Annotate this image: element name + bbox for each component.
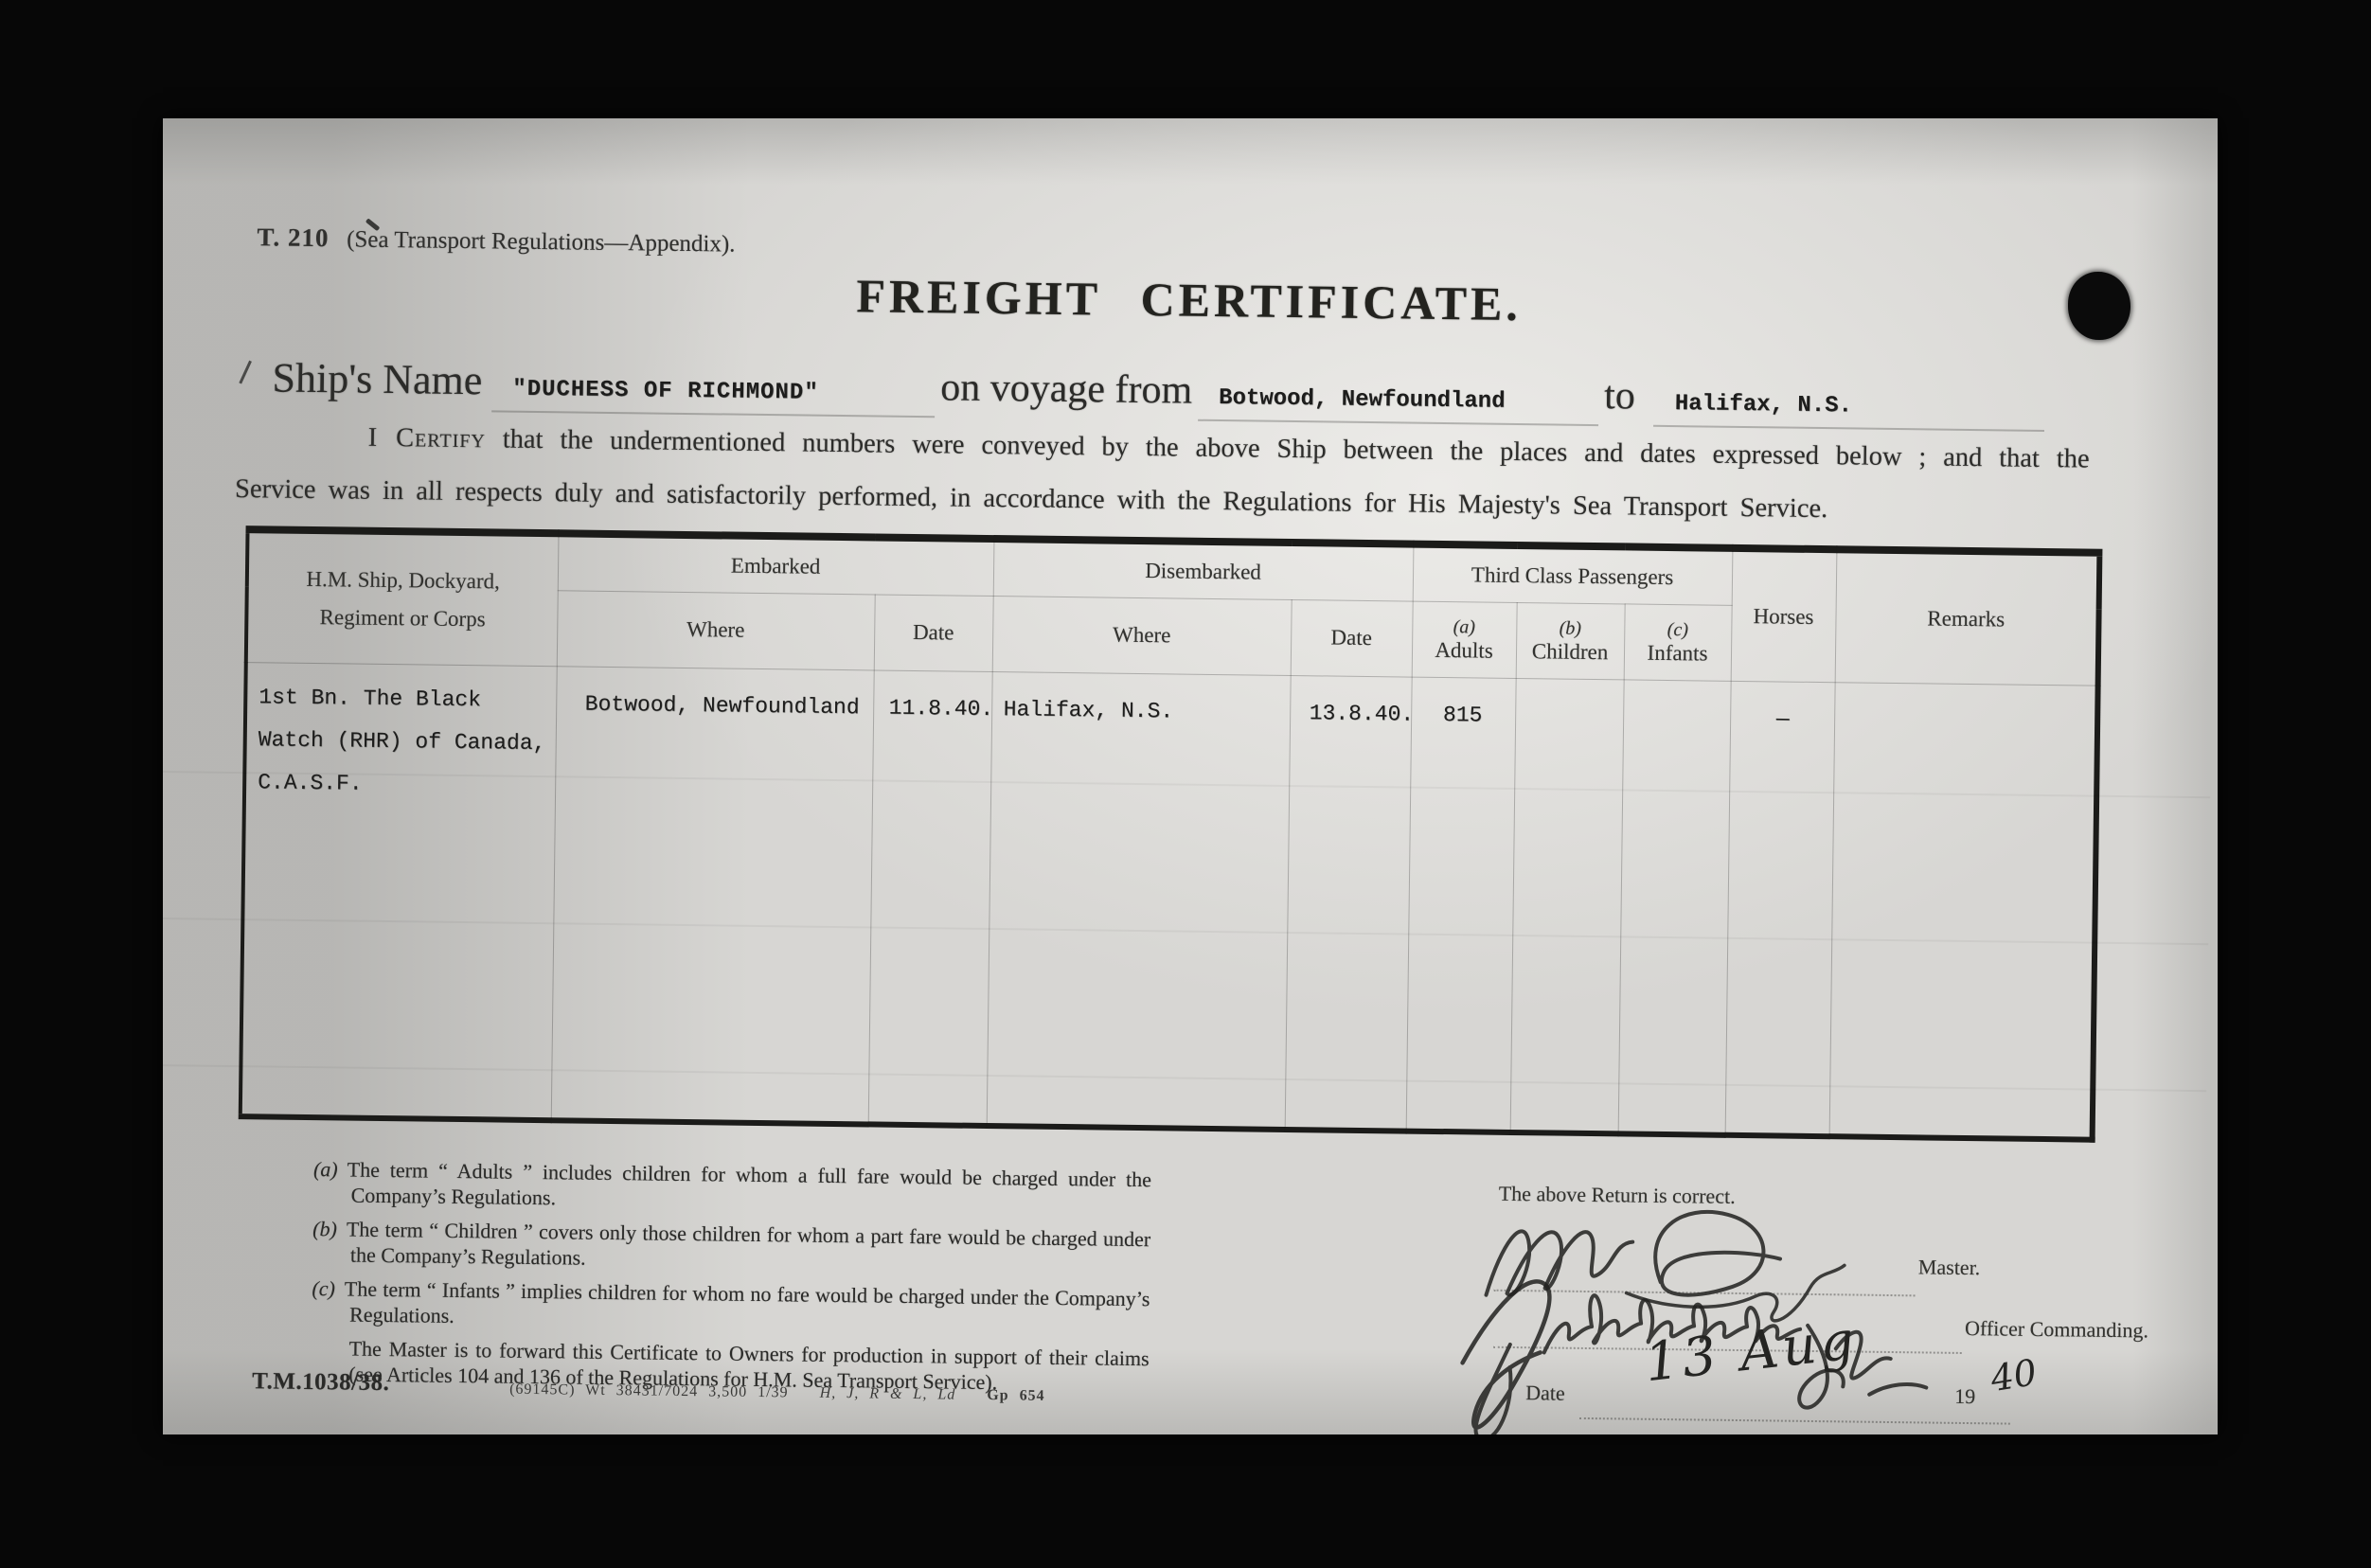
certify-intro: I Certify	[368, 423, 487, 454]
col-group-third-class: Third Class Passengers	[1413, 544, 1733, 605]
col-header-children: (b) Children	[1516, 602, 1625, 679]
form-subtitle: (Sea Transport Regulations—Appendix).	[347, 226, 736, 257]
page-content: T. 210 (Sea Transport Regulations—Append…	[163, 118, 2218, 1434]
paper: T. 210 (Sea Transport Regulations—Append…	[163, 118, 2218, 1434]
cell-disembarked-where: Halifax, N.S.	[987, 671, 1291, 1130]
unit-line2: Watch (RHR) of Canada,	[258, 719, 549, 765]
stray-mark	[239, 361, 252, 384]
voyage-to-value: Halifax, N.S.	[1653, 391, 2044, 432]
infants-label: Infants	[1625, 640, 1729, 666]
cell-adults: 815	[1406, 677, 1516, 1132]
col-header-adults: (a) Adults	[1412, 601, 1517, 678]
passenger-table: H.M. Ship, Dockyard, Regiment or Corps E…	[239, 526, 2103, 1143]
handwritten-year: 40	[1988, 1351, 2040, 1399]
footnotes: (a)The term “ Adults ” includes children…	[311, 1156, 1151, 1397]
footnote-b: (b)The term “ Children ” covers only tho…	[312, 1216, 1151, 1277]
cell-horses: —	[1725, 681, 1835, 1136]
footnote-b-text: The term “ Children ” covers only those …	[347, 1218, 1151, 1270]
punch-hole	[2068, 272, 2130, 340]
unit-header-line1: H.M. Ship, Dockyard,	[250, 560, 557, 601]
officer-commanding-label: Officer Commanding.	[1965, 1316, 2148, 1343]
cell-embarked-date: 11.8.40.	[868, 669, 992, 1126]
certification-paragraph: I Certify that the undermentioned number…	[235, 410, 2090, 540]
footnote-c-text: The term “ Infants ” implies children fo…	[345, 1276, 1150, 1327]
year-printed: 19	[1954, 1384, 1975, 1409]
col-group-embarked: Embarked	[558, 533, 994, 596]
col-header-horses: Horses	[1731, 548, 1837, 682]
print-code-firm: H, J, R & L, Ld	[820, 1385, 956, 1403]
form-number: T. 210	[257, 223, 329, 252]
ship-name-label: Ship's Name	[272, 353, 482, 404]
voyage-from-value: Botwood, Newfoundland	[1198, 385, 1598, 426]
cell-children	[1510, 678, 1624, 1133]
col-header-unit: H.M. Ship, Dockyard, Regiment or Corps	[246, 529, 559, 666]
voyage-to-label: to	[1604, 373, 1635, 419]
unit-line3: C.A.S.F.	[258, 761, 549, 808]
adults-tag: (a)	[1414, 615, 1515, 639]
print-code-right: Gp 654	[987, 1387, 1045, 1404]
cell-unit: 1st Bn. The Black Watch (RHR) of Canada,…	[241, 662, 557, 1120]
cell-infants	[1618, 679, 1731, 1134]
col-header-embarked-date: Date	[874, 594, 993, 671]
footnote-a-text: The term “ Adults ” includes children fo…	[348, 1158, 1152, 1210]
voyage-from-label: on voyage from	[940, 365, 1193, 413]
certify-line1-rest: that the undermentioned numbers were con…	[503, 425, 2090, 474]
col-header-remarks: Remarks	[1835, 549, 2100, 685]
children-label: Children	[1517, 639, 1622, 665]
col-header-disembarked-date: Date	[1291, 599, 1413, 677]
infants-tag: (c)	[1626, 617, 1730, 641]
form-number-line: T. 210 (Sea Transport Regulations—Append…	[257, 223, 736, 258]
unit-line1: 1st Bn. The Black	[258, 676, 550, 722]
print-code-left: (69145C) Wt 38431/7024 3,500 1/39	[509, 1381, 789, 1401]
footnote-a: (a)The term “ Adults ” includes children…	[313, 1156, 1152, 1218]
footnote-c: (c)The term “ Infants ” implies children…	[312, 1275, 1150, 1337]
form-reference: T.M.1038/38.	[252, 1368, 389, 1397]
page-title: FREIGHT CERTIFICATE.	[163, 259, 2217, 340]
col-header-infants: (c) Infants	[1624, 603, 1732, 680]
ship-name-value: "DUCHESS OF RICHMOND"	[491, 376, 935, 418]
footnote-a-tag: (a)	[313, 1157, 348, 1181]
footnote-b-tag: (b)	[312, 1217, 347, 1240]
col-header-disembarked-where: Where	[992, 596, 1292, 675]
children-tag: (b)	[1518, 616, 1623, 640]
adults-label: Adults	[1413, 638, 1514, 664]
footnote-c-tag: (c)	[312, 1276, 345, 1300]
col-header-embarked-where: Where	[557, 590, 875, 669]
cell-remarks	[1829, 682, 2098, 1139]
unit-header-line2: Regiment or Corps	[249, 597, 556, 639]
cell-disembarked-date: 13.8.40.	[1285, 675, 1412, 1131]
col-group-disembarked: Disembarked	[993, 539, 1414, 601]
date-label: Date	[1525, 1381, 1565, 1406]
scanned-document: T. 210 (Sea Transport Regulations—Append…	[0, 0, 2371, 1568]
cell-embarked-where: Botwood, Newfoundland	[551, 666, 874, 1124]
